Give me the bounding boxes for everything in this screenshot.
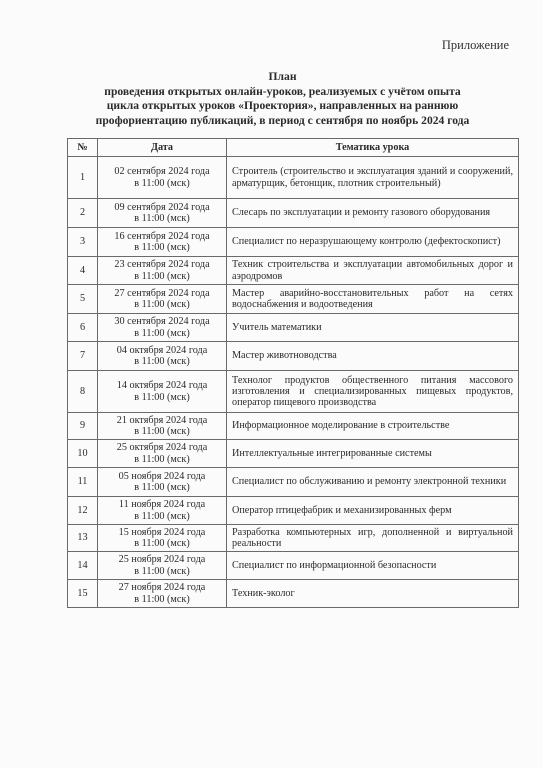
row-date: 27 сентября 2024 годав 11:00 (мск): [98, 285, 227, 314]
row-date-time: в 11:00 (мск): [103, 454, 221, 465]
row-topic: Строитель (строительство и эксплуатация …: [227, 157, 519, 199]
row-date-time: в 11:00 (мск): [103, 566, 221, 577]
row-date-day: 23 сентября 2024 года: [103, 259, 221, 270]
row-date-time: в 11:00 (мск): [103, 538, 221, 549]
table-row: 102 сентября 2024 годав 11:00 (мск)Строи…: [68, 157, 519, 199]
title-line-2: проведения открытых онлайн-уроков, реали…: [40, 85, 525, 100]
row-date-day: 15 ноября 2024 года: [103, 527, 221, 538]
row-topic: Мастер животноводства: [227, 342, 519, 371]
document-title: План проведения открытых онлайн-уроков, …: [40, 70, 525, 128]
row-date: 11 ноября 2024 годав 11:00 (мск): [98, 497, 227, 525]
row-number: 1: [68, 157, 98, 199]
row-date-time: в 11:00 (мск): [103, 328, 221, 339]
row-date-day: 21 октября 2024 года: [103, 415, 221, 426]
header-number: №: [68, 139, 98, 157]
row-number: 5: [68, 285, 98, 314]
row-date-time: в 11:00 (мск): [103, 511, 221, 522]
table-row: 527 сентября 2024 годав 11:00 (мск)Масте…: [68, 285, 519, 314]
row-date-day: 04 октября 2024 года: [103, 345, 221, 356]
table-row: 1211 ноября 2024 годав 11:00 (мск)Операт…: [68, 497, 519, 525]
row-date-time: в 11:00 (мск): [103, 392, 221, 403]
row-date-time: в 11:00 (мск): [103, 356, 221, 367]
row-date: 05 ноября 2024 годав 11:00 (мск): [98, 468, 227, 497]
row-number: 12: [68, 497, 98, 525]
header-date: Дата: [98, 139, 227, 157]
table-row: 630 сентября 2024 годав 11:00 (мск)Учите…: [68, 314, 519, 342]
row-date-day: 25 октября 2024 года: [103, 442, 221, 453]
row-date: 16 сентября 2024 годав 11:00 (мск): [98, 228, 227, 257]
title-line-4: профориентацию публикаций, в период с се…: [40, 114, 525, 129]
row-date-day: 16 сентября 2024 года: [103, 231, 221, 242]
row-date: 09 сентября 2024 годав 11:00 (мск): [98, 199, 227, 228]
row-number: 10: [68, 440, 98, 468]
row-topic: Техник строительства и эксплуатации авто…: [227, 257, 519, 285]
row-topic: Слесарь по эксплуатации и ремонту газово…: [227, 199, 519, 228]
table-row: 704 октября 2024 годав 11:00 (мск)Мастер…: [68, 342, 519, 371]
row-date-day: 11 ноября 2024 года: [103, 499, 221, 510]
row-date-day: 30 сентября 2024 года: [103, 316, 221, 327]
row-date-day: 09 сентября 2024 года: [103, 202, 221, 213]
table-row: 921 октября 2024 годав 11:00 (мск)Информ…: [68, 413, 519, 440]
row-date-time: в 11:00 (мск): [103, 482, 221, 493]
row-topic: Техник-эколог: [227, 580, 519, 608]
row-number: 9: [68, 413, 98, 440]
row-date: 25 октября 2024 годав 11:00 (мск): [98, 440, 227, 468]
row-number: 14: [68, 552, 98, 580]
table-header-row: № Дата Тематика урока: [68, 139, 519, 157]
row-topic: Оператор птицефабрик и механизированных …: [227, 497, 519, 525]
row-date-time: в 11:00 (мск): [103, 594, 221, 605]
table-row: 814 октября 2024 годав 11:00 (мск)Технол…: [68, 371, 519, 413]
row-date: 21 октября 2024 годав 11:00 (мск): [98, 413, 227, 440]
row-topic: Мастер аварийно-восстановительных работ …: [227, 285, 519, 314]
table-row: 1315 ноября 2024 годав 11:00 (мск)Разраб…: [68, 525, 519, 552]
row-number: 6: [68, 314, 98, 342]
row-topic: Интеллектуальные интегрированные системы: [227, 440, 519, 468]
row-topic: Разработка компьютерных игр, дополненной…: [227, 525, 519, 552]
row-date: 30 сентября 2024 годав 11:00 (мск): [98, 314, 227, 342]
row-date-time: в 11:00 (мск): [103, 271, 221, 282]
row-date-day: 02 сентября 2024 года: [103, 166, 221, 177]
row-date-day: 27 сентября 2024 года: [103, 288, 221, 299]
row-date: 14 октября 2024 годав 11:00 (мск): [98, 371, 227, 413]
row-number: 3: [68, 228, 98, 257]
table-row: 1425 ноября 2024 годав 11:00 (мск)Специа…: [68, 552, 519, 580]
table-row: 1105 ноября 2024 годав 11:00 (мск)Специа…: [68, 468, 519, 497]
row-number: 13: [68, 525, 98, 552]
appendix-label: Приложение: [442, 38, 509, 53]
row-date: 04 октября 2024 годав 11:00 (мск): [98, 342, 227, 371]
row-date: 23 сентября 2024 годав 11:00 (мск): [98, 257, 227, 285]
row-date-time: в 11:00 (мск): [103, 242, 221, 253]
row-number: 7: [68, 342, 98, 371]
title-line-3: цикла открытых уроков «Проектория», напр…: [40, 99, 525, 114]
row-date: 02 сентября 2024 годав 11:00 (мск): [98, 157, 227, 199]
row-topic: Учитель математики: [227, 314, 519, 342]
table-row: 1025 октября 2024 годав 11:00 (мск)Интел…: [68, 440, 519, 468]
table-row: 423 сентября 2024 годав 11:00 (мск)Техни…: [68, 257, 519, 285]
row-date-day: 27 ноября 2024 года: [103, 582, 221, 593]
row-number: 8: [68, 371, 98, 413]
row-date-time: в 11:00 (мск): [103, 213, 221, 224]
row-date-time: в 11:00 (мск): [103, 426, 221, 437]
row-number: 2: [68, 199, 98, 228]
row-date-day: 25 ноября 2024 года: [103, 554, 221, 565]
row-date: 27 ноября 2024 годав 11:00 (мск): [98, 580, 227, 608]
row-date-time: в 11:00 (мск): [103, 178, 221, 189]
row-date-day: 05 ноября 2024 года: [103, 471, 221, 482]
row-date: 25 ноября 2024 годав 11:00 (мск): [98, 552, 227, 580]
row-number: 4: [68, 257, 98, 285]
row-number: 15: [68, 580, 98, 608]
row-topic: Технолог продуктов общественного питания…: [227, 371, 519, 413]
row-topic: Специалист по обслуживанию и ремонту эле…: [227, 468, 519, 497]
title-line-1: План: [40, 70, 525, 85]
header-topic: Тематика урока: [227, 139, 519, 157]
row-date-day: 14 октября 2024 года: [103, 380, 221, 391]
row-date-time: в 11:00 (мск): [103, 299, 221, 310]
row-date: 15 ноября 2024 годав 11:00 (мск): [98, 525, 227, 552]
table-row: 209 сентября 2024 годав 11:00 (мск)Слеса…: [68, 199, 519, 228]
row-topic: Специалист по информационной безопасност…: [227, 552, 519, 580]
row-topic: Информационное моделирование в строитель…: [227, 413, 519, 440]
table-row: 316 сентября 2024 годав 11:00 (мск)Специ…: [68, 228, 519, 257]
row-number: 11: [68, 468, 98, 497]
row-topic: Специалист по неразрушающему контролю (д…: [227, 228, 519, 257]
lessons-table: № Дата Тематика урока 102 сентября 2024 …: [67, 138, 519, 608]
table-row: 1527 ноября 2024 годав 11:00 (мск)Техник…: [68, 580, 519, 608]
